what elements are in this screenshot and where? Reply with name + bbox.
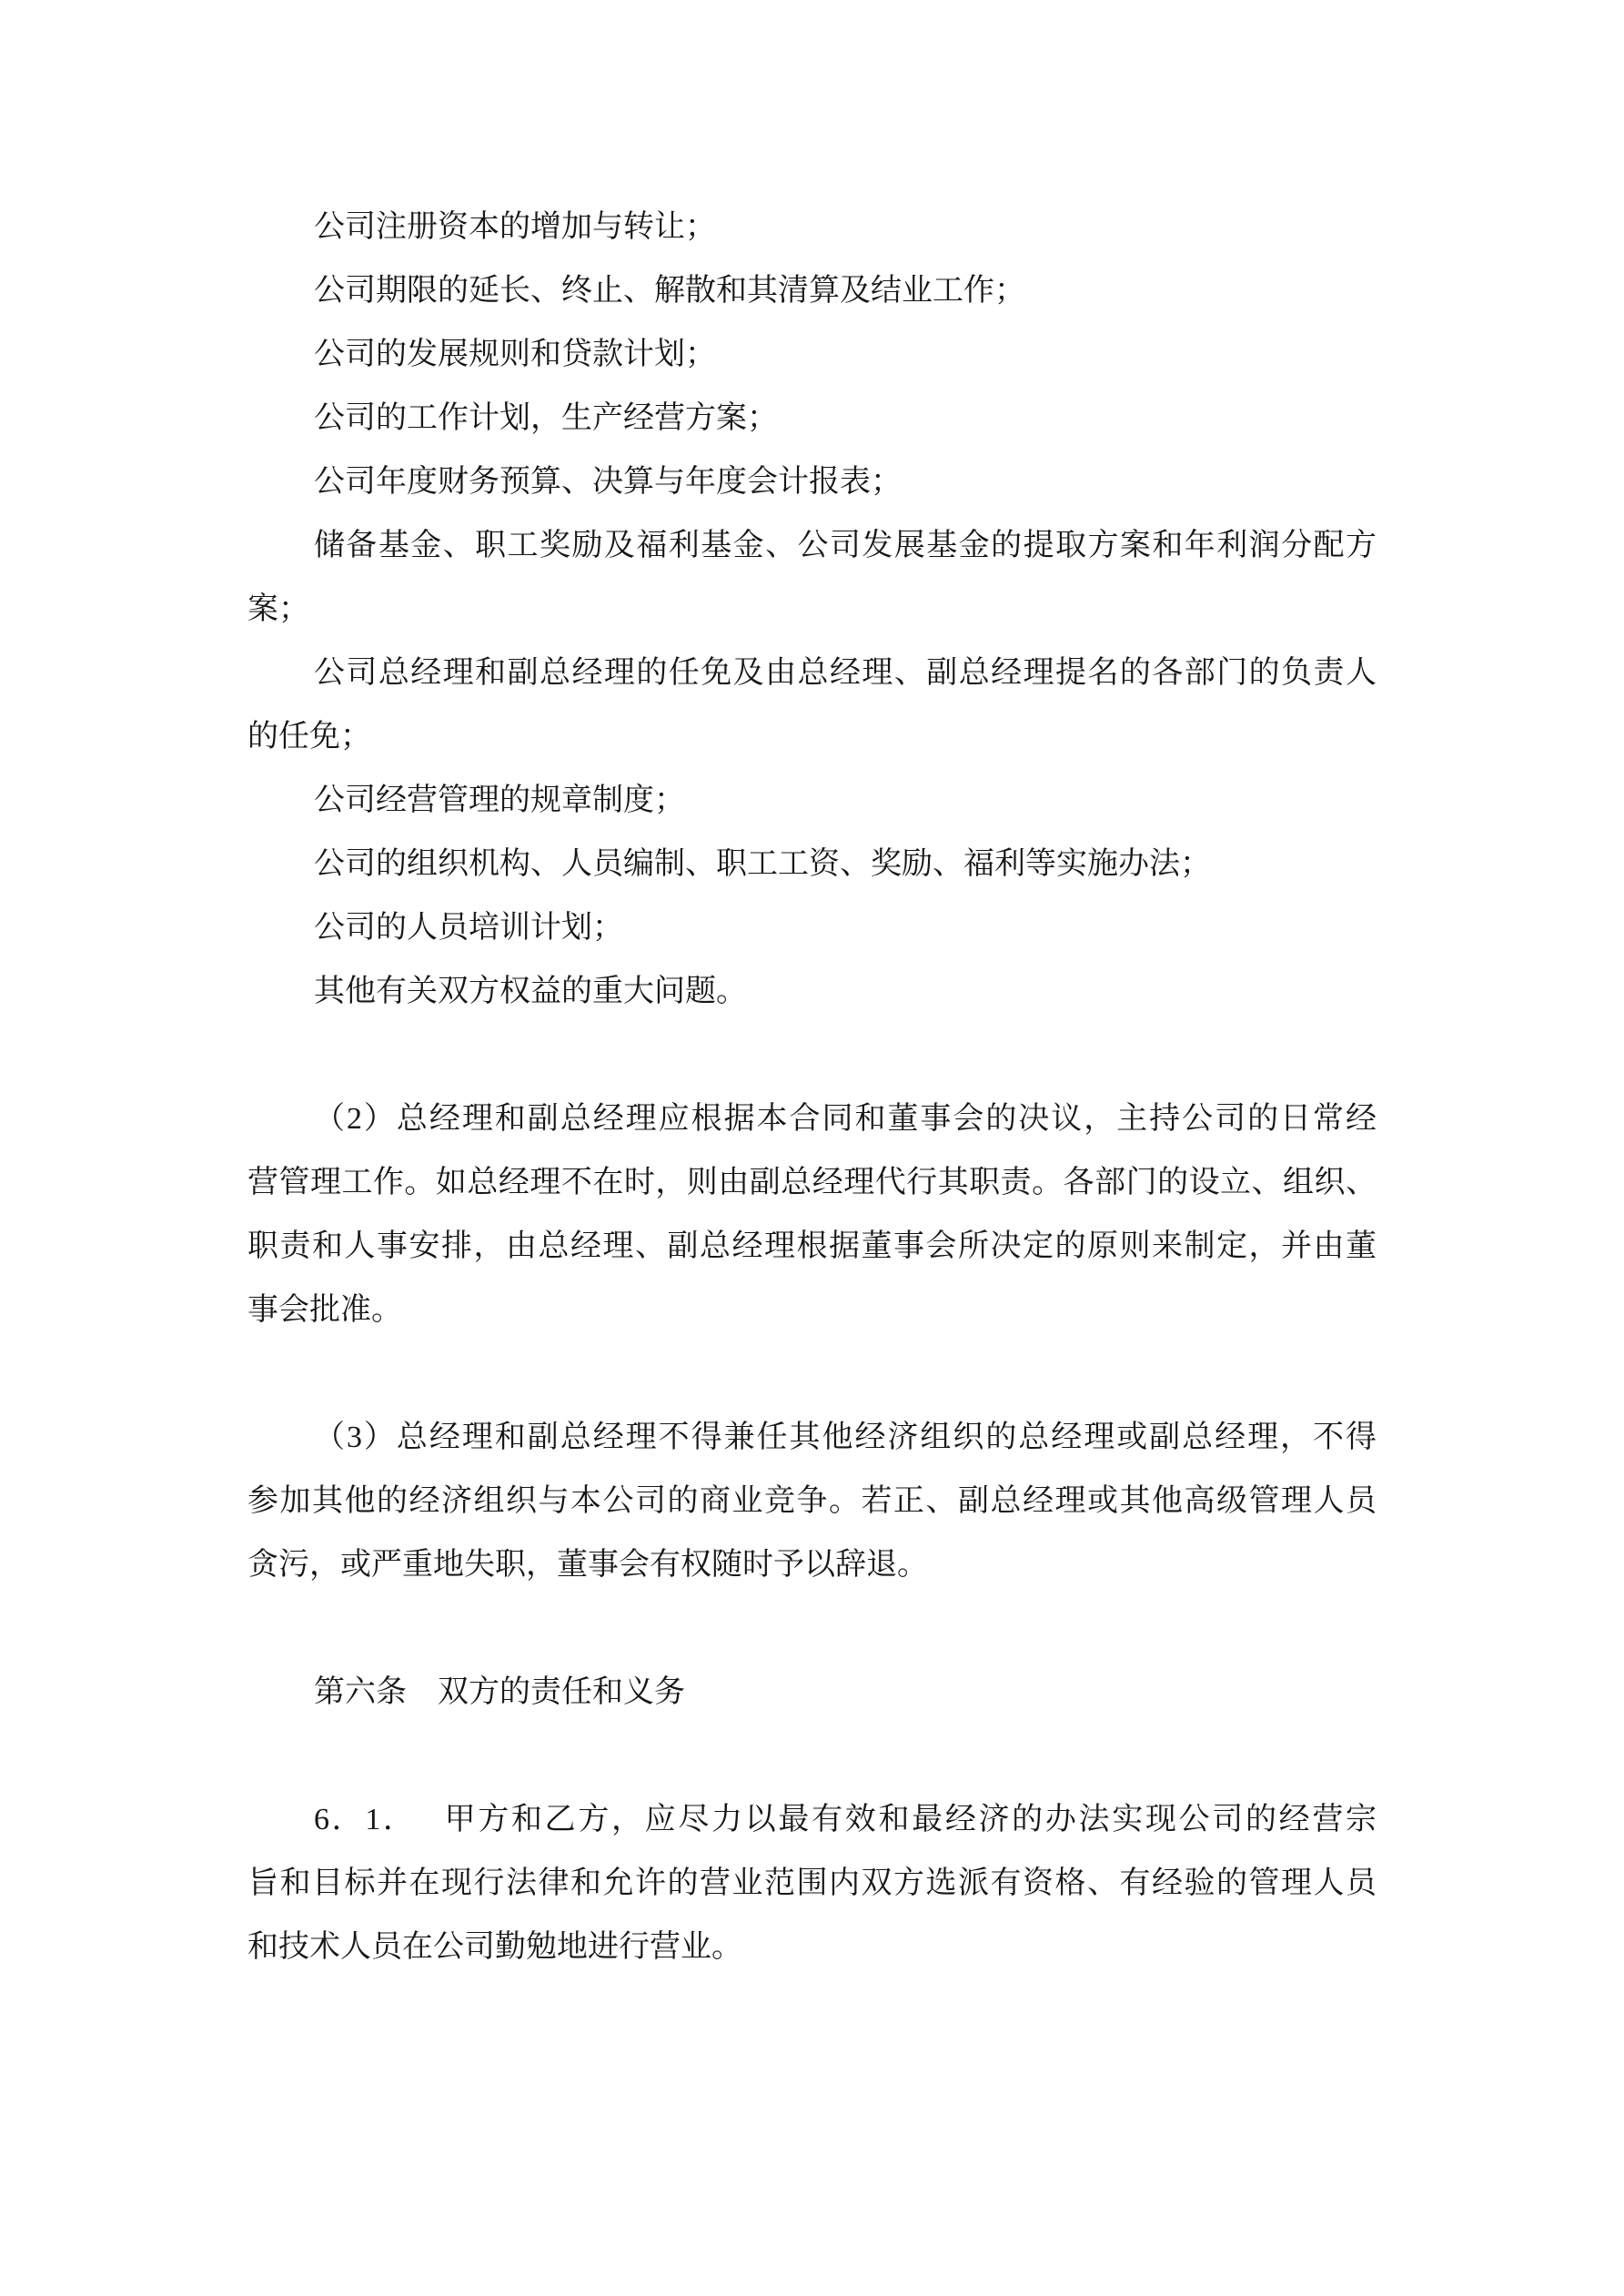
text-line: 事会批准。	[247, 1279, 1377, 1342]
blank-line	[247, 1342, 1377, 1406]
text-line: 营管理工作。如总经理不在时，则由副总经理代行其职责。各部门的设立、组织、	[247, 1151, 1377, 1215]
text-line: 公司年度财务预算、决算与年度会计报表；	[247, 450, 1377, 514]
text-line: 公司的人员培训计划；	[247, 896, 1377, 960]
text-line: 公司的组织机构、人员编制、职工工资、奖励、福利等实施办法；	[247, 833, 1377, 896]
text-line: 的任免；	[247, 705, 1377, 769]
text-line: 参加其他的经济组织与本公司的商业竞争。若正、副总经理或其他高级管理人员	[247, 1470, 1377, 1533]
text-line: 案；	[247, 578, 1377, 642]
text-line: 和技术人员在公司勤勉地进行营业。	[247, 1916, 1377, 1979]
blank-line	[247, 1024, 1377, 1087]
text-line: 公司的发展规则和贷款计划；	[247, 323, 1377, 387]
text-line: 储备基金、职工奖励及福利基金、公司发展基金的提取方案和年利润分配方	[247, 514, 1377, 578]
text-line: （3）总经理和副总经理不得兼任其他经济组织的总经理或副总经理，不得	[247, 1406, 1377, 1470]
text-line: 公司注册资本的增加与转让；	[247, 196, 1377, 259]
text-line: 公司期限的延长、终止、解散和其清算及结业工作；	[247, 259, 1377, 323]
contract-text-block: 公司注册资本的增加与转让； 公司期限的延长、终止、解散和其清算及结业工作； 公司…	[0, 0, 1624, 1979]
text-line: 公司的工作计划，生产经营方案；	[247, 387, 1377, 450]
contract-page: 公司注册资本的增加与转让； 公司期限的延长、终止、解散和其清算及结业工作； 公司…	[0, 0, 1624, 2296]
section-heading: 第六条 双方的责任和义务	[247, 1661, 1377, 1725]
text-line: 旨和目标并在现行法律和允许的营业范围内双方选派有资格、有经验的管理人员	[247, 1852, 1377, 1916]
text-line: 贪污，或严重地失职，董事会有权随时予以辞退。	[247, 1533, 1377, 1597]
text-line: 公司总经理和副总经理的任免及由总经理、副总经理提名的各部门的负责人	[247, 642, 1377, 705]
text-line: 职责和人事安排，由总经理、副总经理根据董事会所决定的原则来制定，并由董	[247, 1215, 1377, 1279]
text-line: 其他有关双方权益的重大问题。	[247, 960, 1377, 1024]
text-line: 公司经营管理的规章制度；	[247, 769, 1377, 833]
blank-line	[247, 1725, 1377, 1788]
text-line: （2）总经理和副总经理应根据本合同和董事会的决议，主持公司的日常经	[247, 1087, 1377, 1151]
blank-line	[247, 1597, 1377, 1661]
text-line: 6．1． 甲方和乙方，应尽力以最有效和最经济的办法实现公司的经营宗	[247, 1788, 1377, 1852]
